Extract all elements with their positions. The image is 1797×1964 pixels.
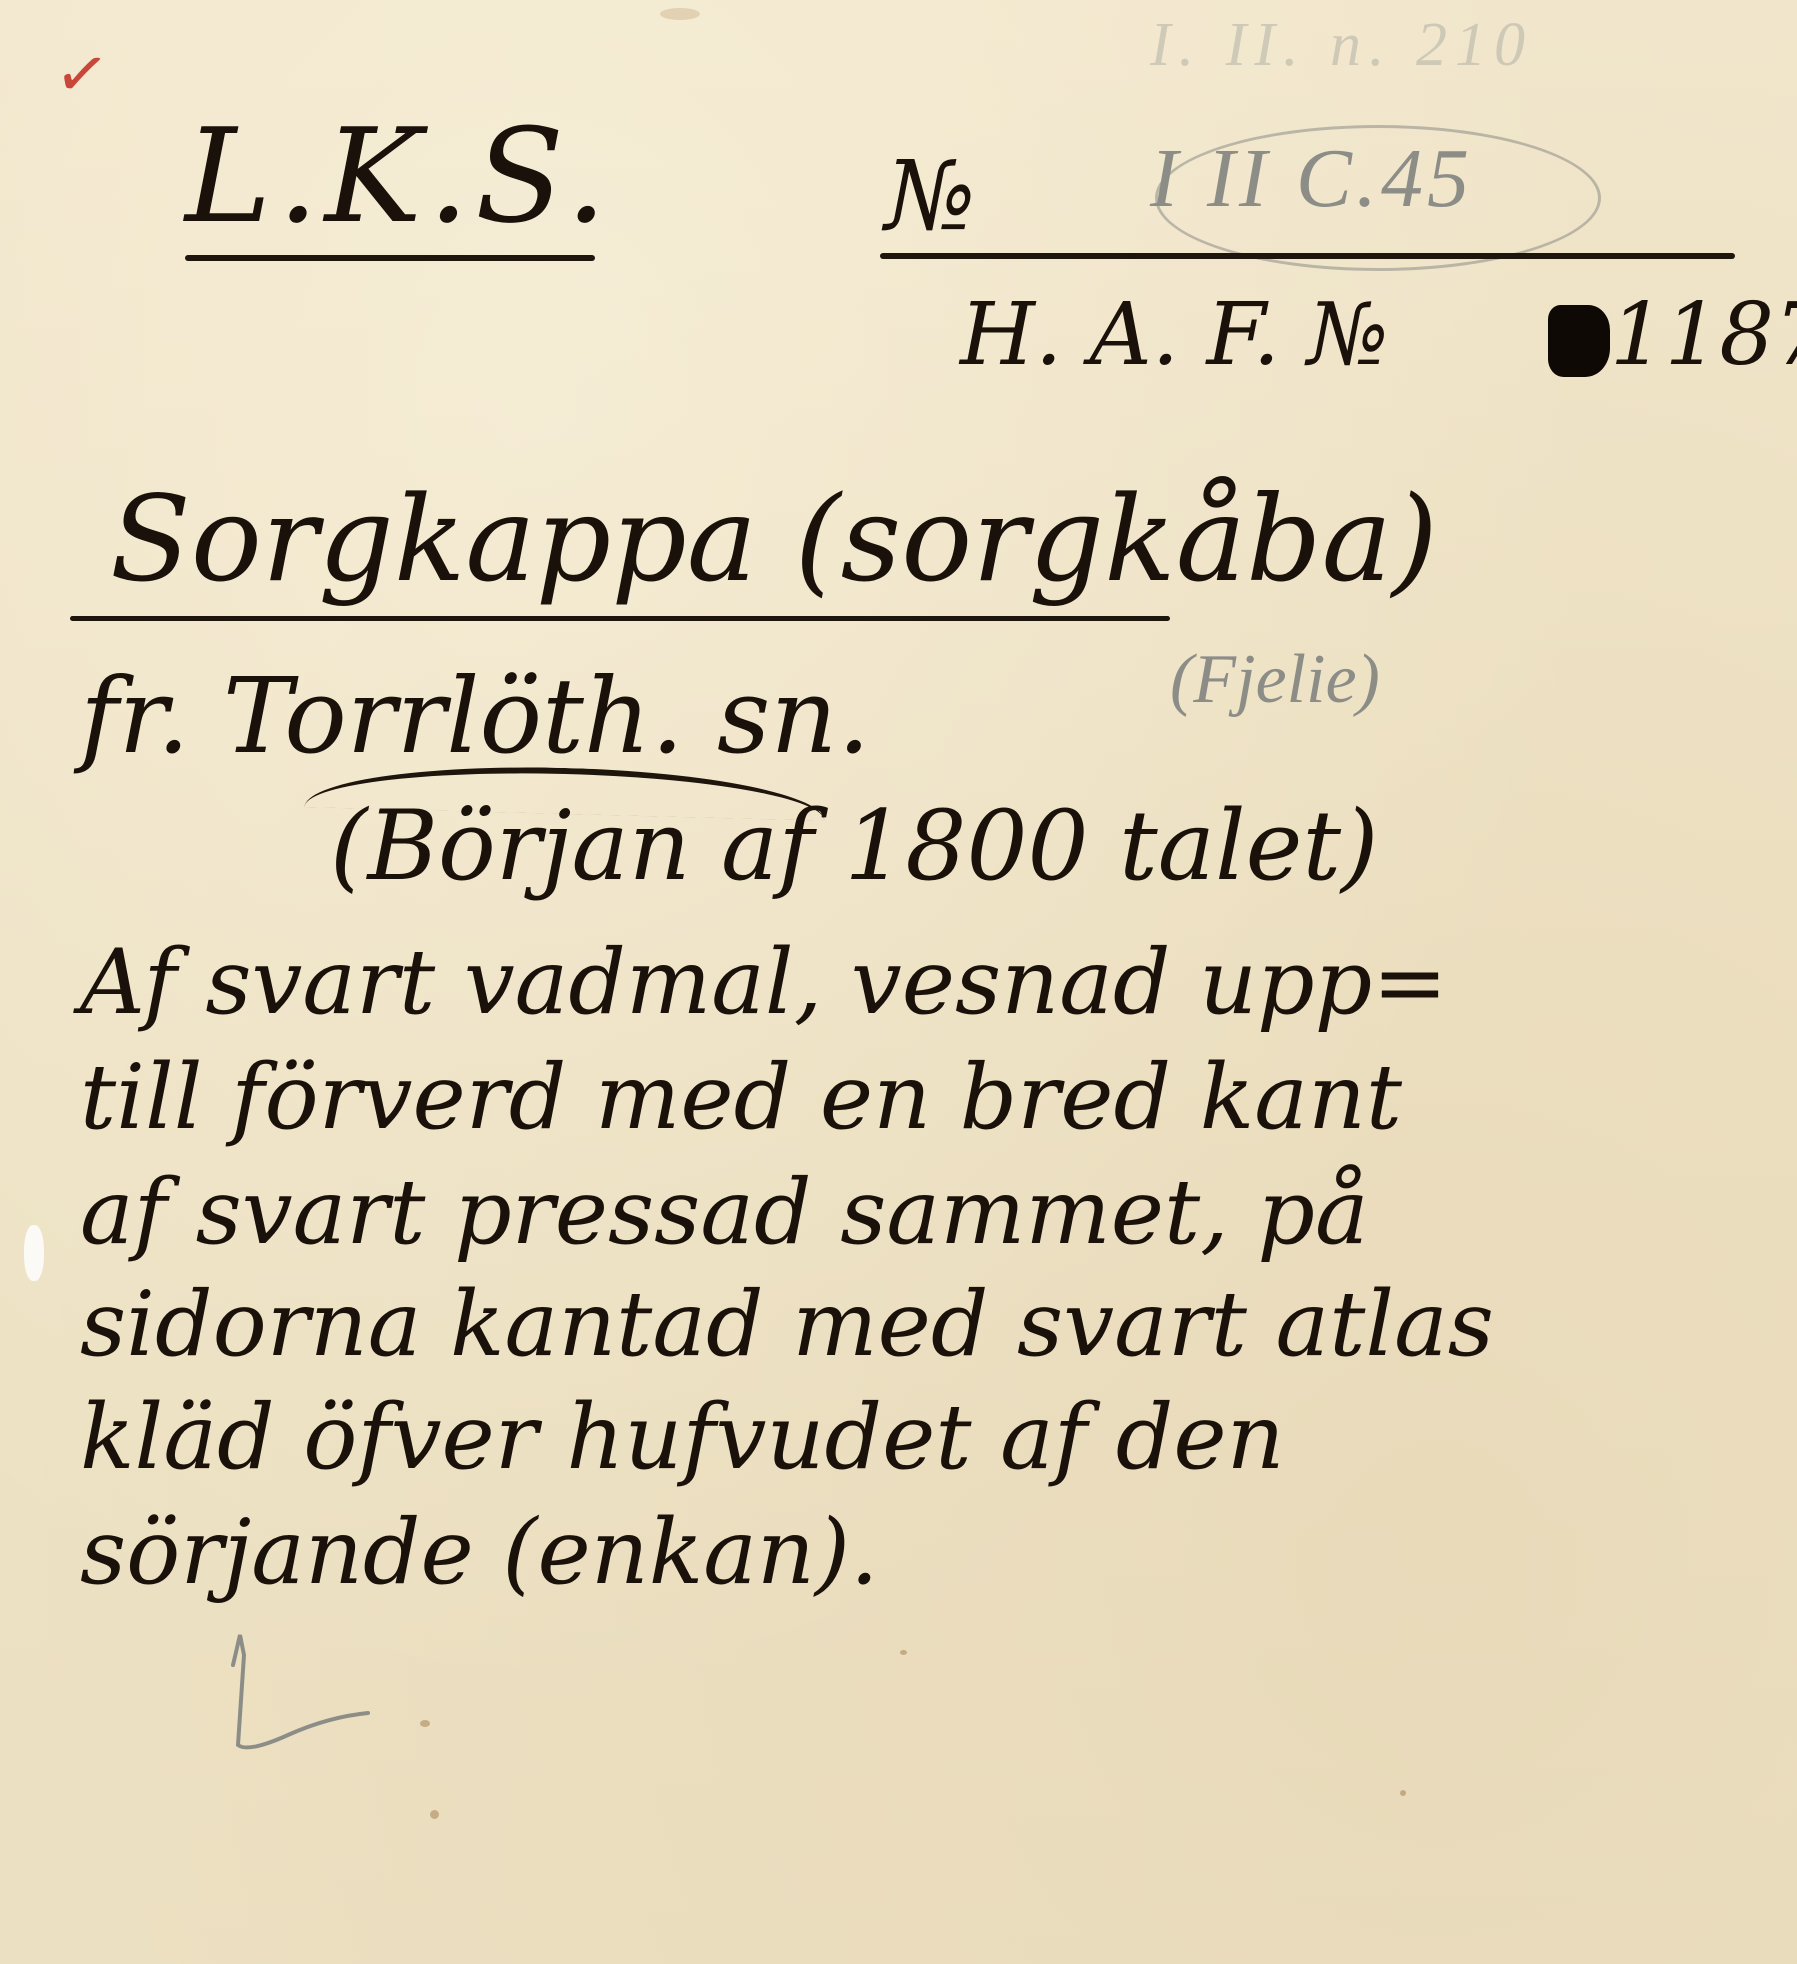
description-line: sörjande (enkan). [80,1500,879,1605]
red-check-icon: ✓ [50,35,113,116]
ink-blot [1548,305,1610,377]
paper-speck [430,1810,439,1819]
collection-initials: L.K.S. [185,100,613,252]
description-line: till förverd med en bred kant [80,1045,1402,1150]
haf-label: H. A. F. № [960,285,1389,385]
object-origin: fr. Torrlöth. sn. [80,655,870,777]
description-line: sidorna kantad med svart atlas [80,1272,1494,1377]
faint-pencil-annotation: I. II. n. 210 [1150,10,1533,81]
catalog-number: I II C.45 [1150,130,1473,227]
pencil-tick-icon [228,1625,378,1755]
initials-underline [185,255,595,261]
number-label: № [885,140,976,252]
white-blemish [24,1225,44,1281]
catalog-card: I. II. n. 210 ✓ L.K.S. № I II C.45 H. A.… [0,0,1797,1964]
description-line: af svart pressad sammet, på [80,1160,1369,1265]
description-line: Af svart vadmal, vesnad upp= [80,930,1448,1035]
paper-stain [660,8,700,20]
paper-speck [900,1650,907,1655]
paper-speck [1400,1790,1406,1796]
object-title: Sorgkappa (sorgkåba) [110,470,1438,608]
paper-speck [420,1720,430,1727]
description-line: kläd öfver hufvudet af den [80,1385,1285,1490]
object-date: (Början af 1800 talet) [330,790,1379,902]
origin-pencil-note: (Fjelie) [1170,640,1380,720]
number-underline [880,253,1735,259]
title-underline [70,616,1170,621]
haf-number: 1187 [1610,285,1797,385]
